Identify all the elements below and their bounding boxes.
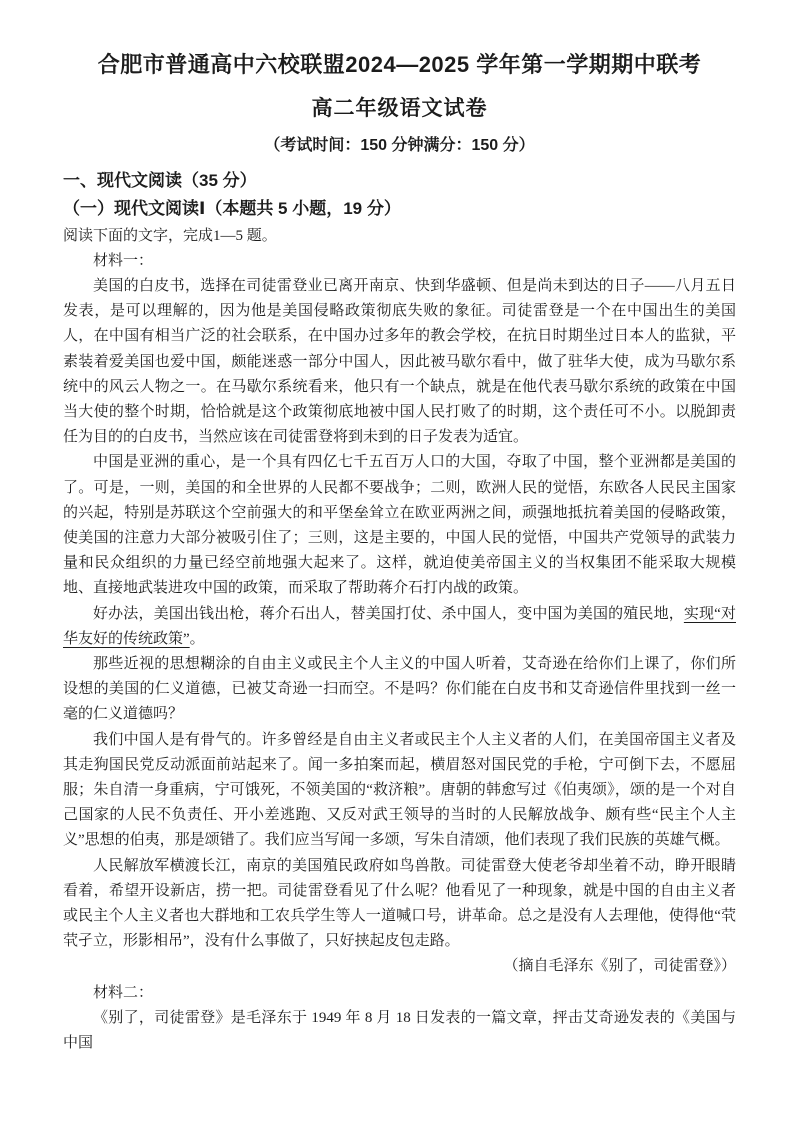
exam-time-score-info: （考试时间：150 分钟满分：150 分） — [63, 135, 736, 157]
material-1-label: 材料一： — [63, 249, 736, 274]
material-1-paragraph-4: 那些近视的思想糊涂的自由主义或民主个人主义的中国人听着，艾奇逊在给你们上课了，你… — [63, 652, 736, 728]
material-1-paragraph-5: 我们中国人是有骨气的。许多曾经是自由主义者或民主个人主义者的人们，在美国帝国主义… — [63, 728, 736, 854]
material-1-source-attribution: （摘自毛泽东《别了，司徒雷登》） — [63, 954, 736, 979]
exam-title: 合肥市普通高中六校联盟2024—2025 学年第一学期期中联考 — [63, 50, 736, 80]
reading-instruction: 阅读下面的文字，完成1—5 题。 — [63, 224, 736, 248]
material-2-paragraph-1: 《别了，司徒雷登》是毛泽东于 1949 年 8 月 18 日发表的一篇文章，抨击… — [63, 1006, 736, 1056]
material-1-paragraph-1: 美国的白皮书，选择在司徒雷登业已离开南京、快到华盛顿、但是尚未到达的日子——八月… — [63, 274, 736, 450]
exam-paper-page: 合肥市普通高中六校联盟2024—2025 学年第一学期期中联考 高二年级语文试卷… — [0, 0, 793, 1122]
subsection-1-heading: （一）现代文阅读Ⅰ（本题共 5 小题，19 分） — [63, 197, 736, 221]
material-1-paragraph-6: 人民解放军横渡长江，南京的美国殖民政府如鸟兽散。司徒雷登大使老爷却坐着不动，睁开… — [63, 854, 736, 955]
material-1-paragraph-3-text: 好办法，美国出钱出枪，蒋介石出人，替美国打仗、杀中国人，变中国为美国的殖民地， — [93, 606, 684, 622]
material-1-paragraph-3-period: 。 — [190, 631, 205, 647]
exam-subtitle: 高二年级语文试卷 — [63, 95, 736, 123]
section-1-heading: 一、现代文阅读（35 分） — [63, 169, 736, 193]
material-2-label: 材料二： — [63, 981, 736, 1006]
material-1-paragraph-2: 中国是亚洲的重心，是一个具有四亿七千五百万人口的大国，夺取了中国，整个亚洲都是美… — [63, 450, 736, 601]
material-1-paragraph-3: 好办法，美国出钱出枪，蒋介石出人，替美国打仗、杀中国人，变中国为美国的殖民地，实… — [63, 602, 736, 652]
